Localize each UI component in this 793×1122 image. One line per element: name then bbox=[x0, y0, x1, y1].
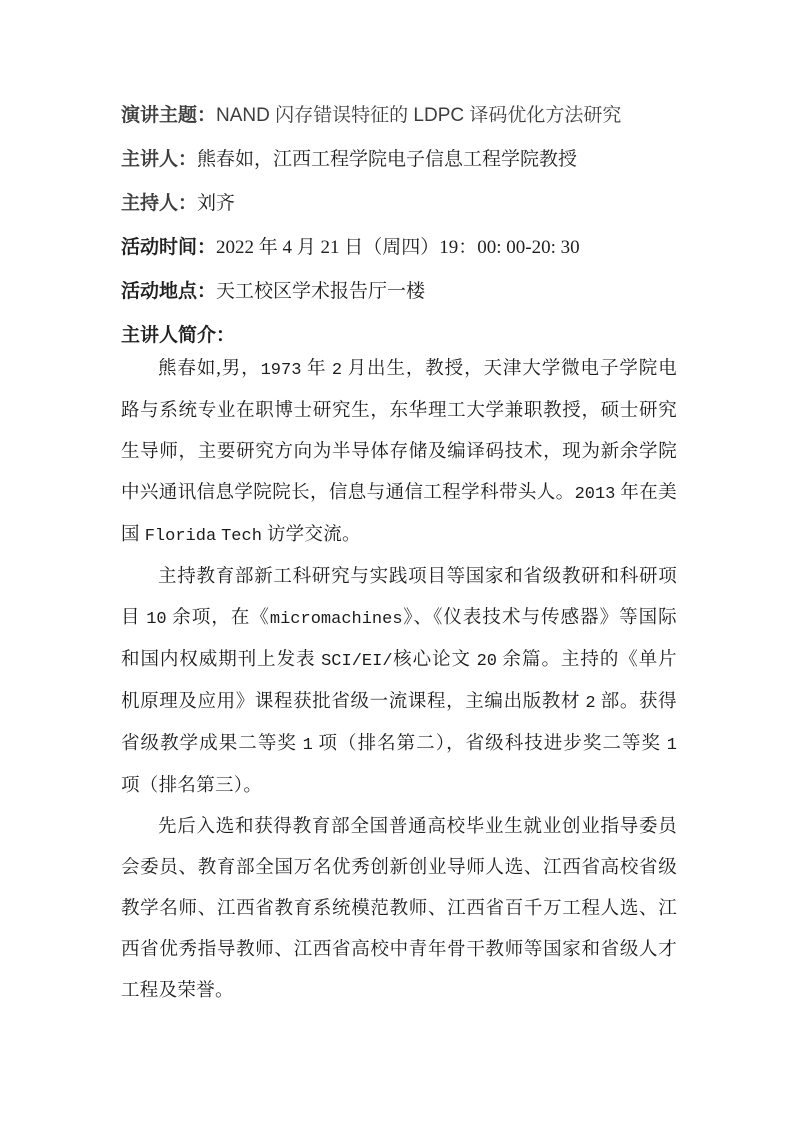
field-event-time-label: 活动时间： bbox=[121, 232, 216, 259]
latin-text: 20 bbox=[477, 652, 497, 671]
latin-text: 2013 bbox=[575, 485, 616, 504]
latin-text: 2 bbox=[332, 361, 342, 380]
field-event-time-value: 2022 年 4 月 21 日（周四）19：00: 00-20: 30 bbox=[216, 232, 580, 259]
bio-paragraph-2: 主持教育部新工科研究与实践项目等国家和省级教研和科研项目 10 余项，在《mic… bbox=[121, 557, 677, 807]
field-host-label: 主持人： bbox=[121, 188, 197, 215]
field-host-value: 刘齐 bbox=[197, 188, 235, 215]
latin-text: Florida bbox=[145, 527, 216, 546]
document-page: 演讲主题：NAND 闪存错误特征的 LDPC 译码优化方法研究 主讲人：熊春如，… bbox=[0, 0, 793, 1122]
document-content: 演讲主题：NAND 闪存错误特征的 LDPC 译码优化方法研究 主讲人：熊春如，… bbox=[121, 91, 677, 1012]
latin-text: Tech bbox=[221, 527, 262, 546]
field-speaker-bio-heading-label: 主讲人简介： bbox=[121, 320, 235, 347]
field-speaker-value: 熊春如，江西工程学院电子信息工程学院教授 bbox=[197, 144, 577, 171]
field-speaker: 主讲人：熊春如，江西工程学院电子信息工程学院教授 bbox=[121, 135, 677, 179]
latin-text: SCI/EI/ bbox=[321, 652, 392, 671]
field-lecture-topic-label: 演讲主题： bbox=[121, 100, 216, 127]
field-event-location: 活动地点：天工校区学术报告厅一楼 bbox=[121, 267, 677, 311]
field-event-location-label: 活动地点： bbox=[121, 276, 216, 303]
bio-paragraph-3: 先后入选和获得教育部全国普通高校毕业生就业创业指导委员会委员、教育部全国万名优秀… bbox=[121, 807, 677, 1012]
bio-paragraph-1: 熊春如,男，1973 年 2 月出生，教授，天津大学微电子学院电路与系统专业在职… bbox=[121, 349, 677, 557]
latin-text: 1973 bbox=[261, 361, 302, 380]
speaker-bio-section: 熊春如,男，1973 年 2 月出生，教授，天津大学微电子学院电路与系统专业在职… bbox=[121, 349, 677, 1012]
field-event-time: 活动时间：2022 年 4 月 21 日（周四）19：00: 00-20: 30 bbox=[121, 223, 677, 267]
field-speaker-label: 主讲人： bbox=[121, 144, 197, 171]
field-lecture-topic: 演讲主题：NAND 闪存错误特征的 LDPC 译码优化方法研究 bbox=[121, 91, 677, 135]
latin-text: 1 bbox=[303, 736, 313, 755]
latin-text: micromachines bbox=[270, 610, 403, 629]
field-host: 主持人：刘齐 bbox=[121, 179, 677, 223]
latin-text: 10 bbox=[146, 610, 166, 629]
latin-text: 2 bbox=[585, 694, 595, 713]
latin-text: 1 bbox=[667, 736, 677, 755]
field-lecture-topic-value: NAND 闪存错误特征的 LDPC 译码优化方法研究 bbox=[216, 100, 621, 127]
field-event-location-value: 天工校区学术报告厅一楼 bbox=[216, 276, 425, 303]
